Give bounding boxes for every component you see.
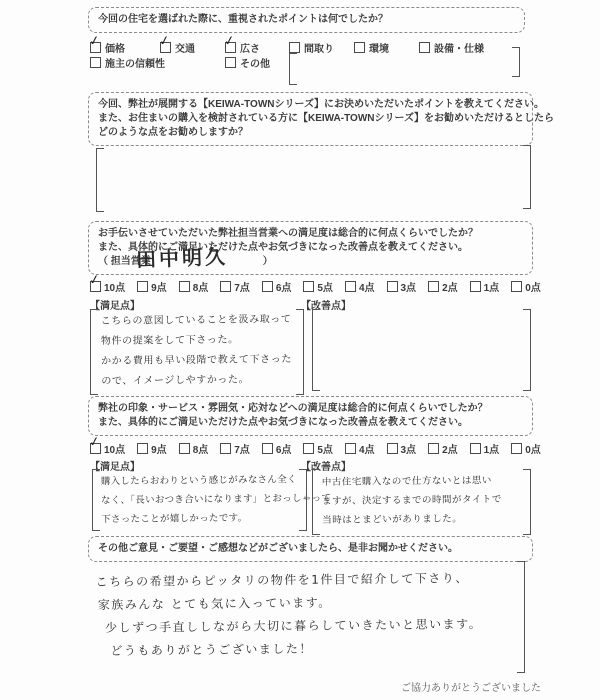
checkbox-icon[interactable] — [179, 281, 190, 292]
q4-title-line: 弊社の印象・サービス・雰囲気・応対などへの満足度は総合的に何点くらいでしたか？ — [98, 402, 523, 416]
checkmark-icon: ✓ — [88, 435, 101, 450]
checkbox-icon[interactable] — [345, 443, 356, 454]
q3-score-5[interactable]: 5点 — [303, 279, 333, 294]
score-label: 6点 — [276, 279, 292, 294]
q3-title-line: お手伝いさせていただいた弊社担当営業への満足度は総合的に何点くらいでしたか？ — [98, 227, 523, 241]
answer-bracket-open — [96, 148, 104, 212]
checkbox-checked-icon[interactable]: ✓ — [225, 42, 236, 53]
q3-score-0[interactable]: 0点 — [511, 279, 541, 294]
handwritten-line: 中古住宅購入なので仕方ないとは思い — [322, 471, 502, 492]
q4-title-line: また、具体的にご満足いただけた点やお気づきになった改善点を教えてください。 — [98, 416, 523, 430]
checkbox-icon[interactable] — [303, 281, 314, 292]
score-label: 5点 — [317, 279, 333, 294]
answer-bracket-open — [90, 309, 98, 395]
q1-option-owner-trust[interactable]: 施主の信頼性 — [90, 55, 165, 70]
q3-score-1[interactable]: 1点 — [470, 279, 500, 294]
q5-title: その他ご意見・ご要望・ご感想などがございましたら、是非お聞かせください。 — [98, 542, 523, 556]
q2-title-line: 今回、弊社が展開する【KEIWA-TOWNシリーズ】にお決めいただいたポイントを… — [98, 98, 523, 112]
answer-bracket-close — [523, 469, 531, 535]
checkmark-icon: ✓ — [88, 34, 101, 49]
q4-score-5[interactable]: 5点 — [303, 441, 333, 456]
q4-score-8[interactable]: 8点 — [179, 441, 209, 456]
handwritten-line: どうもありがとうございました！ — [110, 636, 482, 663]
checkbox-icon[interactable] — [225, 57, 236, 68]
score-label: 1点 — [484, 441, 500, 456]
checkbox-checked-icon[interactable]: ✓ — [90, 443, 101, 454]
checkbox-icon[interactable] — [511, 281, 522, 292]
checkbox-icon[interactable] — [354, 42, 365, 53]
q5-question-box: その他ご意見・ご要望・ご感想などがございましたら、是非お聞かせください。 — [88, 536, 533, 562]
checkbox-icon[interactable] — [90, 57, 101, 68]
staff-name-handwritten: 田中明久 — [136, 240, 229, 272]
checkbox-icon[interactable] — [303, 443, 314, 454]
option-label: その他 — [240, 55, 270, 70]
q3-satisfaction-handwritten: こちらの意図していることを汲み取って 物件の提案をして下さった。 かかる費用も早… — [101, 310, 293, 392]
score-label: 9点 — [151, 441, 167, 456]
q3-score-8[interactable]: 8点 — [179, 279, 209, 294]
q2-title-line: どのような点をお勧めしますか？ — [98, 126, 523, 140]
handwritten-line: 購入したらおわりという感じがみなさん全く — [101, 470, 331, 491]
score-label: 7点 — [234, 441, 250, 456]
handwritten-line: 少しずつ手直ししながら大切に暮らしていきたいと思います。 — [105, 613, 482, 640]
q1-option-environment[interactable]: 環境 — [354, 40, 389, 55]
q4-score-9[interactable]: 9点 — [137, 441, 167, 456]
answer-bracket-close — [296, 309, 304, 395]
checkbox-icon[interactable] — [387, 443, 398, 454]
q3-improvement-label: 【改善点】 — [301, 297, 351, 312]
q4-score-3[interactable]: 3点 — [387, 441, 417, 456]
q4-score-2[interactable]: 2点 — [428, 441, 458, 456]
score-label: 7点 — [234, 279, 250, 294]
checkbox-icon[interactable] — [262, 443, 273, 454]
q3-score-4[interactable]: 4点 — [345, 279, 375, 294]
option-label: 間取り — [304, 40, 334, 55]
checkbox-icon[interactable] — [387, 281, 398, 292]
handwritten-line: なく、「長いおつき合いになります」とおっしゃって — [101, 489, 331, 510]
q4-score-6[interactable]: 6点 — [262, 441, 292, 456]
checkbox-icon[interactable] — [137, 281, 148, 292]
checkbox-icon[interactable] — [511, 443, 522, 454]
handwritten-line: こちらの希望からピッタリの物件を1件目で紹介して下さり、 — [96, 567, 482, 594]
score-label: 10点 — [104, 441, 125, 456]
checkmark-icon: ✓ — [223, 34, 236, 49]
q1-option-transport[interactable]: ✓ 交通 — [160, 40, 195, 55]
score-label: 9点 — [151, 279, 167, 294]
q5-message-handwritten: こちらの希望からピッタリの物件を1件目で紹介して下さり、 家族みんな とても気に… — [96, 567, 483, 663]
q3-score-row: ✓10点 9点 8点 7点 6点 5点 4点 3点 2点 1点 0点 — [90, 279, 541, 294]
checkbox-icon[interactable] — [220, 443, 231, 454]
checkbox-checked-icon[interactable]: ✓ — [90, 281, 101, 292]
q1-question-box: 今回の住宅を選ばれた際に、重視されたポイントは何でしたか？ — [88, 7, 525, 33]
score-label: 6点 — [276, 441, 292, 456]
checkbox-icon[interactable] — [419, 42, 430, 53]
option-label: 設備・仕様 — [434, 40, 484, 55]
q4-score-1[interactable]: 1点 — [470, 441, 500, 456]
checkbox-checked-icon[interactable]: ✓ — [90, 42, 101, 53]
questionnaire-page: 今回の住宅を選ばれた際に、重視されたポイントは何でしたか？ ✓ 価格 ✓ 交通 … — [0, 0, 600, 700]
q1-option-space[interactable]: ✓ 広さ — [225, 40, 260, 55]
q1-title: 今回の住宅を選ばれた際に、重視されたポイントは何でしたか？ — [98, 13, 515, 27]
answer-bracket-close — [523, 145, 531, 209]
answer-bracket-close — [299, 469, 307, 531]
q3-score-2[interactable]: 2点 — [428, 279, 458, 294]
handwritten-line: 物件の提案をして下さった。 — [101, 330, 292, 352]
handwritten-line: ので、イメージしやすかった。 — [101, 370, 292, 392]
q4-question-box: 弊社の印象・サービス・雰囲気・応対などへの満足度は総合的に何点くらいでしたか？ … — [88, 396, 533, 436]
score-label: 3点 — [401, 279, 417, 294]
checkbox-icon[interactable] — [137, 443, 148, 454]
score-label: 0点 — [525, 441, 541, 456]
score-label: 2点 — [442, 279, 458, 294]
handwritten-line: かかる費用も早い段階で教えて下さった — [101, 350, 292, 372]
option-label: 施主の信頼性 — [105, 55, 165, 70]
checkbox-icon[interactable] — [345, 281, 356, 292]
q2-question-box: 今回、弊社が展開する【KEIWA-TOWNシリーズ】にお決めいただいたポイントを… — [88, 92, 533, 146]
option-label: 交通 — [175, 40, 195, 55]
q3-score-3[interactable]: 3点 — [387, 279, 417, 294]
q4-score-4[interactable]: 4点 — [345, 441, 375, 456]
answer-bracket-open — [92, 469, 100, 531]
score-label: 8点 — [193, 279, 209, 294]
score-label: 4点 — [359, 279, 375, 294]
score-label: 8点 — [193, 441, 209, 456]
checkbox-icon[interactable] — [262, 281, 273, 292]
checkbox-icon[interactable] — [470, 281, 481, 292]
score-label: 0点 — [525, 279, 541, 294]
score-label: 5点 — [317, 441, 333, 456]
checkbox-icon[interactable] — [428, 443, 439, 454]
answer-bracket-open — [289, 53, 297, 85]
answer-bracket-close — [523, 309, 531, 391]
option-label: 広さ — [240, 40, 260, 55]
score-label: 3点 — [401, 441, 417, 456]
score-label: 10点 — [104, 279, 125, 294]
score-label: 4点 — [359, 441, 375, 456]
q3-score-7[interactable]: 7点 — [220, 279, 250, 294]
handwritten-line: 当時はとまどいがありました。 — [322, 509, 502, 530]
checkbox-checked-icon[interactable]: ✓ — [160, 42, 171, 53]
q4-satisfaction-handwritten: 購入したらおわりという感じがみなさん全く なく、「長いおつき合いになります」とお… — [101, 470, 332, 529]
answer-bracket-close — [517, 561, 525, 673]
option-label: 環境 — [369, 40, 389, 55]
answer-bracket-open — [312, 469, 320, 535]
q4-score-10[interactable]: ✓10点 — [90, 441, 125, 456]
checkmark-icon: ✓ — [88, 273, 101, 288]
score-label: 1点 — [484, 279, 500, 294]
q4-score-0[interactable]: 0点 — [511, 441, 541, 456]
handwritten-line: 下さったことが嬉しかったです。 — [101, 508, 331, 529]
footer-thanks: ご協力ありがとうございました — [0, 679, 541, 694]
q3-score-6[interactable]: 6点 — [262, 279, 292, 294]
handwritten-line: こちらの意図していることを汲み取って — [101, 310, 292, 332]
checkbox-icon[interactable] — [470, 443, 481, 454]
q1-option-equipment[interactable]: 設備・仕様 — [419, 40, 484, 55]
answer-bracket-open — [312, 309, 320, 391]
checkbox-icon[interactable] — [179, 443, 190, 454]
q3-score-10[interactable]: ✓10点 — [90, 279, 125, 294]
option-label: 価格 — [105, 40, 125, 55]
q4-score-7[interactable]: 7点 — [220, 441, 250, 456]
q3-score-9[interactable]: 9点 — [137, 279, 167, 294]
q4-improvement-handwritten: 中古住宅購入なので仕方ないとは思い ますが、決定するまでの時間がタイトで 当時は… — [322, 471, 502, 530]
handwritten-line: ますが、決定するまでの時間がタイトで — [322, 490, 502, 511]
checkbox-icon[interactable] — [289, 42, 300, 53]
q2-title-line: また、お住まいの購入を検討されている方に【KEIWA-TOWNシリーズ】をお勧め… — [98, 112, 523, 126]
q4-score-row: ✓10点 9点 8点 7点 6点 5点 4点 3点 2点 1点 0点 — [90, 441, 541, 456]
q1-option-other[interactable]: その他 — [225, 55, 270, 70]
checkbox-icon[interactable] — [428, 281, 439, 292]
checkbox-icon[interactable] — [220, 281, 231, 292]
answer-bracket-close — [512, 47, 520, 77]
checkmark-icon: ✓ — [158, 34, 171, 49]
staff-label-close: ） — [263, 255, 273, 269]
score-label: 2点 — [442, 441, 458, 456]
q1-option-price[interactable]: ✓ 価格 — [90, 40, 125, 55]
